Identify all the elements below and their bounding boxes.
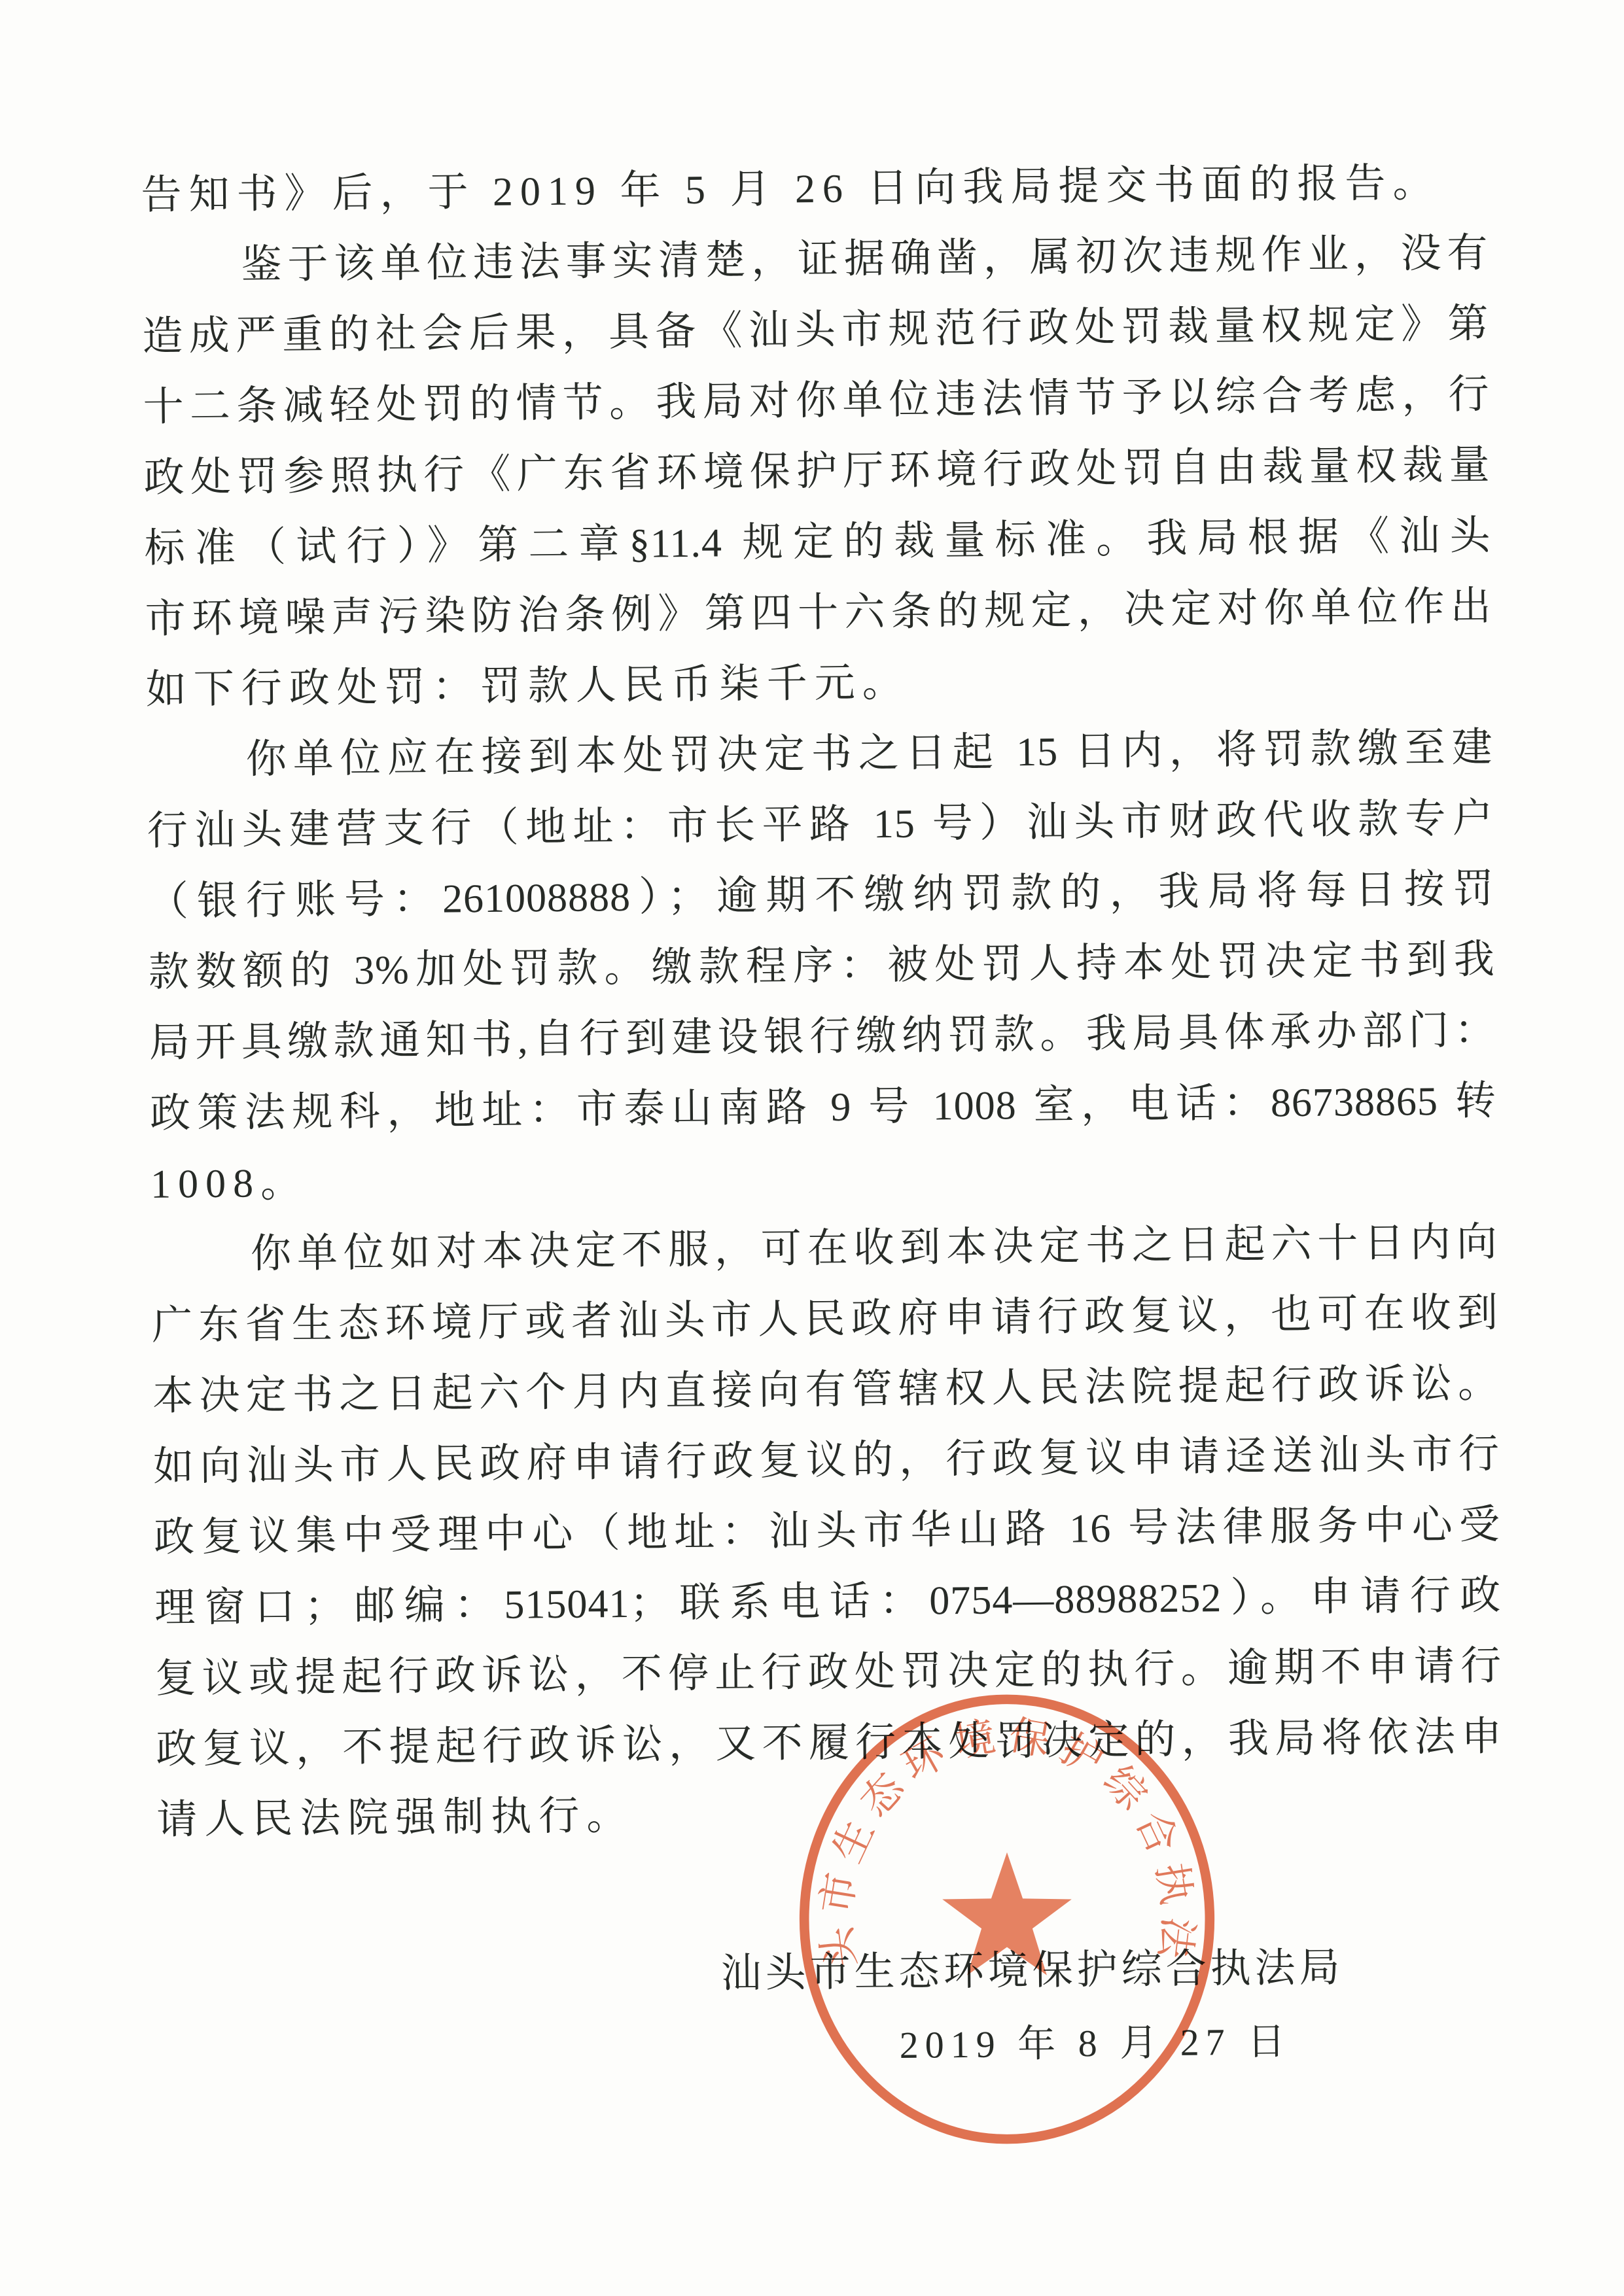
document-line: 政策法规科，地址：市泰山南路 9 号 1008 室，电话：86738865 转 [149, 1066, 1496, 1149]
document-line: 十二条减轻处罚的情节。我局对你单位违法情节予以综合考虑，行 [143, 359, 1490, 443]
document-line: 政处罚参照执行《广东省环境保护厅环境行政处罚自由裁量权裁量 [143, 430, 1491, 513]
document-line: 如向汕头市人民政府申请行政复议的，行政复议申请迳送汕头市行 [153, 1419, 1500, 1503]
document-line: 如下行政处罚：罚款人民币柒千元。 [145, 642, 1492, 725]
document-line: 款数额的 3%加处罚款。缴款程序：被处罚人持本处罚决定书到我 [148, 924, 1495, 1008]
scanned-document-page: 告知书》后，于 2019 年 5 月 26 日向我局提交书面的报告。鉴于该单位违… [0, 0, 1624, 2296]
document-line: 局开具缴款通知书,自行到建设银行缴纳罚款。我局具体承办部门： [149, 995, 1496, 1079]
signature-issuer: 汕头市生态环境保护综合执法局 [158, 1930, 1505, 2015]
document-line: 你单位应在接到本处罚决定书之日起 15 日内，将罚款缴至建 [146, 712, 1493, 796]
document-line: 标准（试行）》第二章§11.4 规定的裁量标准。我局根据《汕头 [144, 500, 1491, 584]
document-line: 复议或提起行政诉讼，不停止行政处罚决定的执行。逾期不申请行 [155, 1631, 1502, 1714]
document-line: 你单位如对本决定不服，可在收到本决定书之日起六十日内向 [151, 1207, 1498, 1291]
document-line: 本决定书之日起六个月内直接向有管辖权人民法院提起行政诉讼。 [152, 1348, 1500, 1432]
document-line: （银行账号：261008888）；逾期不缴纳罚款的，我局将每日按罚 [147, 854, 1494, 937]
document-line: 鉴于该单位违法事实清楚，证据确凿，属初次违规作业，没有 [141, 218, 1489, 302]
document-line: 广东省生态环境厅或者汕头市人民政府申请行政复议，也可在收到 [152, 1278, 1499, 1361]
body-lines: 告知书》后，于 2019 年 5 月 26 日向我局提交书面的报告。鉴于该单位违… [141, 147, 1504, 1856]
document-line: 行汕头建营支行（地址：市长平路 15 号）汕头市财政代收款专户 [147, 783, 1494, 867]
document-line: 市环境噪声污染防治条例》第四十六条的规定，决定对你单位作出 [145, 571, 1492, 655]
signature-date: 2019 年 8 月 27 日 [158, 2005, 1506, 2087]
document-body: 告知书》后，于 2019 年 5 月 26 日向我局提交书面的报告。鉴于该单位违… [141, 147, 1506, 2087]
document-line: 理窗口；邮编：515041；联系电话：0754—88988252）。申请行政 [154, 1560, 1502, 1644]
document-line: 告知书》后，于 2019 年 5 月 26 日向我局提交书面的报告。 [141, 147, 1488, 231]
document-line: 政复议集中受理中心（地址：汕头市华山路 16 号法律服务中心受 [154, 1489, 1501, 1573]
document-line: 请人民法院强制执行。 [156, 1772, 1504, 1856]
document-line: 1008。 [150, 1136, 1498, 1220]
document-line: 政复议，不提起行政诉讼，又不履行本处罚决定的，我局将依法申 [156, 1701, 1503, 1785]
document-line: 造成严重的社会后果，具备《汕头市规范行政处罚裁量权规定》第 [142, 288, 1489, 372]
